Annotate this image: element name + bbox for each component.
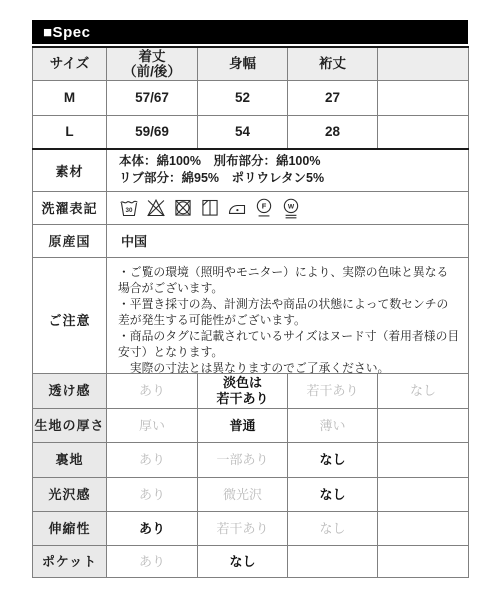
prop-label: 透け感 <box>33 374 107 409</box>
prop-option: 微光沢 <box>198 478 288 512</box>
size-header-row: サイズ 着丈 （前/後） 身幅 裄丈 <box>33 47 469 80</box>
material-line-2: リブ部分：綿95% ポリウレタン5% <box>119 170 458 187</box>
prop-option: 一部あり <box>198 443 288 478</box>
prop-option <box>378 409 469 443</box>
prop-option <box>378 512 469 546</box>
note-line: ・平置き採寸の為、計測方法や商品の状態によって数センチの差が発生する可能性がござ… <box>118 296 460 328</box>
prop-option <box>378 443 469 478</box>
material-row: 素材 本体：綿100% 別布部分：綿100% リブ部分：綿95% ポリウレタン5… <box>33 149 469 191</box>
col-header-empty <box>378 47 469 80</box>
size-spec-table: サイズ 着丈 （前/後） 身幅 裄丈 M 57/67 52 27 L 59/69… <box>32 46 469 384</box>
care-label: 洗濯表記 <box>33 191 107 224</box>
size-row-m: M 57/67 52 27 <box>33 80 469 115</box>
prop-option: なし <box>198 546 288 578</box>
svg-text:F: F <box>262 201 267 210</box>
prop-label: ポケット <box>33 546 107 578</box>
prop-label: 伸縮性 <box>33 512 107 546</box>
size-name: M <box>33 80 107 115</box>
length-value: 59/69 <box>107 115 198 149</box>
svg-text:30: 30 <box>126 207 133 214</box>
props-row-sheerness: 透け感 あり 淡色は 若干あり 若干あり なし <box>33 374 469 409</box>
prop-label: 裏地 <box>33 443 107 478</box>
notes-row: ご注意 ・ご覧の環境（照明やモニター）により、実際の色味と異なる場合がございます… <box>33 257 469 383</box>
do-not-bleach-icon <box>146 197 166 219</box>
props-row-lining: 裏地 あり 一部あり なし <box>33 443 469 478</box>
care-symbols-cell: 30 <box>107 191 469 224</box>
size-name: L <box>33 115 107 149</box>
shade-hang-dry-icon <box>200 197 220 219</box>
length-value: 57/67 <box>107 80 198 115</box>
prop-option: 淡色は 若干あり <box>198 374 288 409</box>
size-row-l: L 59/69 54 28 <box>33 115 469 149</box>
wash-30-icon: 30 <box>119 197 139 219</box>
note-line: ・ご覧の環境（照明やモニター）により、実際の色味と異なる場合がございます。 <box>118 264 460 296</box>
prop-option <box>288 546 378 578</box>
spec-title: ■Spec <box>43 24 90 41</box>
prop-option: あり <box>107 546 198 578</box>
width-value: 54 <box>198 115 288 149</box>
dry-clean-f-icon: F <box>254 197 274 219</box>
prop-option <box>378 546 469 578</box>
sleeve-value: 28 <box>288 115 378 149</box>
prop-option: あり <box>107 512 198 546</box>
svg-text:W: W <box>288 203 295 210</box>
prop-option: なし <box>288 443 378 478</box>
col-header-size: サイズ <box>33 47 107 80</box>
wet-clean-icon: W <box>281 197 301 219</box>
prop-option: 厚い <box>107 409 198 443</box>
prop-option: なし <box>288 478 378 512</box>
prop-option: 薄い <box>288 409 378 443</box>
material-label: 素材 <box>33 149 107 191</box>
prop-label: 光沢感 <box>33 478 107 512</box>
props-row-stretch: 伸縮性 あり 若干あり なし <box>33 512 469 546</box>
iron-low-icon <box>227 197 247 219</box>
col-header-width: 身幅 <box>198 47 288 80</box>
empty-cell <box>378 115 469 149</box>
note-line: ・商品のタグに記載されているサイズはヌード寸（着用者様の目安寸）となります。 <box>118 328 460 360</box>
props-row-thickness: 生地の厚さ 厚い 普通 薄い <box>33 409 469 443</box>
props-row-gloss: 光沢感 あり 微光沢 なし <box>33 478 469 512</box>
sleeve-value: 27 <box>288 80 378 115</box>
care-row: 洗濯表記 30 <box>33 191 469 224</box>
spec-sheet: ■Spec サイズ 着丈 （前/後） 身幅 裄丈 M 57/67 52 27 <box>0 0 500 600</box>
material-value: 本体：綿100% 別布部分：綿100% リブ部分：綿95% ポリウレタン5% <box>107 149 469 191</box>
origin-label: 原産国 <box>33 224 107 257</box>
col-header-length: 着丈 （前/後） <box>107 47 198 80</box>
prop-option: なし <box>378 374 469 409</box>
properties-table: 透け感 あり 淡色は 若干あり 若干あり なし 生地の厚さ 厚い 普通 薄い 裏… <box>32 373 469 578</box>
do-not-tumble-dry-icon <box>173 197 193 219</box>
origin-value: 中国 <box>107 224 469 257</box>
prop-option: なし <box>288 512 378 546</box>
prop-option: 若干あり <box>198 512 288 546</box>
props-row-pocket: ポケット あり なし <box>33 546 469 578</box>
width-value: 52 <box>198 80 288 115</box>
origin-row: 原産国 中国 <box>33 224 469 257</box>
material-line-1: 本体：綿100% 別布部分：綿100% <box>119 153 458 170</box>
spec-header-bar: ■Spec <box>32 20 468 44</box>
empty-cell <box>378 80 469 115</box>
prop-option: 若干あり <box>288 374 378 409</box>
prop-option: あり <box>107 478 198 512</box>
prop-option: あり <box>107 374 198 409</box>
notes-label: ご注意 <box>33 257 107 383</box>
care-icons: 30 <box>119 197 468 219</box>
notes-text: ・ご覧の環境（照明やモニター）により、実際の色味と異なる場合がございます。 ・平… <box>107 257 469 383</box>
col-header-sleeve: 裄丈 <box>288 47 378 80</box>
prop-option: あり <box>107 443 198 478</box>
prop-label: 生地の厚さ <box>33 409 107 443</box>
prop-option <box>378 478 469 512</box>
prop-option: 普通 <box>198 409 288 443</box>
